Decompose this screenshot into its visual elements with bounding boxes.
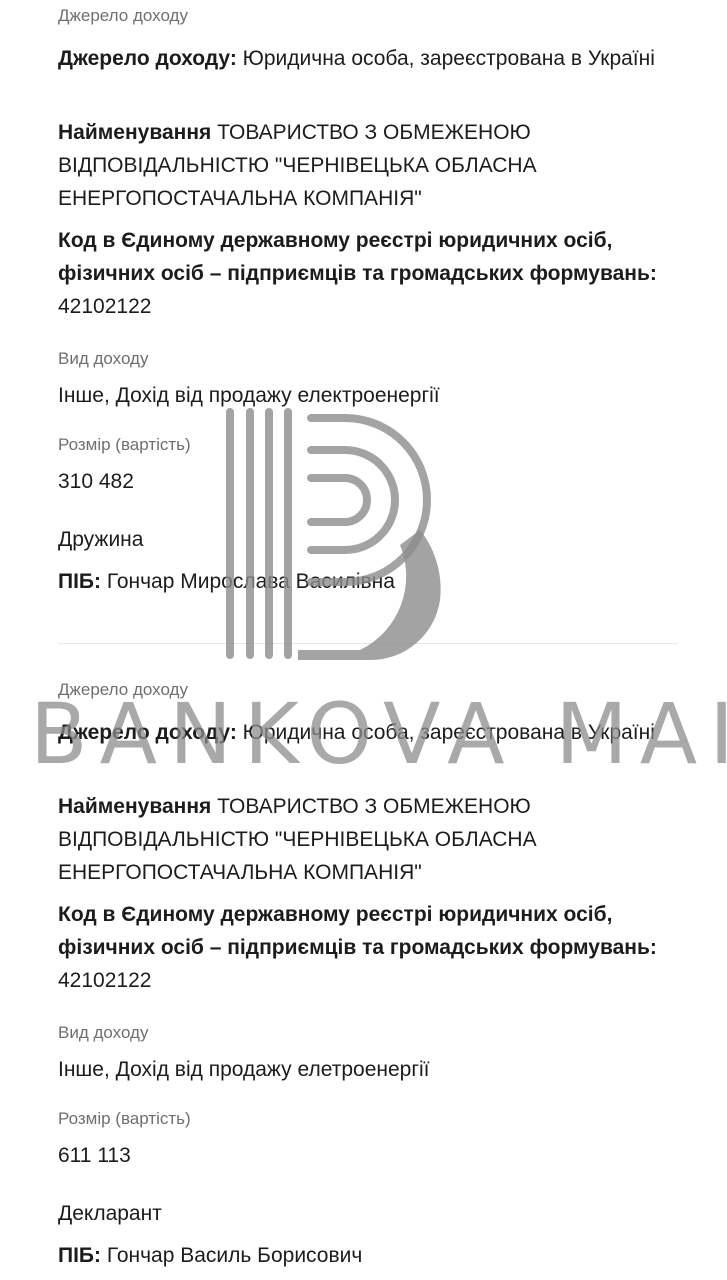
registry-code-value: 42102122: [58, 964, 678, 997]
amount-label: Розмір (вартість): [58, 435, 191, 455]
entry-divider: [58, 643, 678, 644]
recipient-name: ПІБ: Гончар Василь Борисович: [58, 1239, 678, 1272]
registry-code: Код в Єдиному державному реєстрі юридичн…: [58, 224, 678, 323]
recipient-name-key: ПІБ:: [58, 570, 101, 593]
registry-code-value: 42102122: [58, 290, 678, 323]
organization-name-key: Найменування: [58, 121, 211, 144]
income-type-label: Вид доходу: [58, 1023, 148, 1043]
amount-label: Розмір (вартість): [58, 1109, 191, 1129]
income-type-label: Вид доходу: [58, 349, 148, 369]
recipient-name-value: Гончар Василь Борисович: [107, 1244, 362, 1267]
registry-code-key: Код в Єдиному державному реєстрі юридичн…: [58, 229, 657, 285]
recipient-name-value: Гончар Мирослава Василівна: [107, 570, 395, 593]
recipient-role: Дружина: [58, 523, 678, 556]
amount-value: 310 482: [58, 465, 678, 498]
income-source-key: Джерело доходу:: [58, 47, 237, 70]
income-type-value: Інше, Дохід від продажу електроенергії: [58, 379, 678, 412]
registry-code-key: Код в Єдиному державному реєстрі юридичн…: [58, 903, 657, 959]
recipient-role: Декларант: [58, 1197, 678, 1230]
organization-name: Найменування ТОВАРИСТВО З ОБМЕЖЕНОЮ ВІДП…: [58, 790, 678, 889]
income-source: Джерело доходу: Юридична особа, зареєстр…: [58, 42, 678, 75]
recipient-name: ПІБ: Гончар Мирослава Василівна: [58, 565, 678, 598]
amount-value: 611 113: [58, 1139, 678, 1172]
organization-name-key: Найменування: [58, 795, 211, 818]
income-type-value: Інше, Дохід від продажу елетроенергії: [58, 1053, 678, 1086]
watermark-text: BANKOVA MAII: [30, 692, 727, 776]
recipient-name-key: ПІБ:: [58, 1244, 101, 1267]
registry-code: Код в Єдиному державному реєстрі юридичн…: [58, 898, 678, 997]
section-label: Джерело доходу: [58, 6, 188, 26]
organization-name: Найменування ТОВАРИСТВО З ОБМЕЖЕНОЮ ВІДП…: [58, 116, 678, 215]
income-source-value: Юридична особа, зареєстрована в Україні: [243, 47, 655, 70]
